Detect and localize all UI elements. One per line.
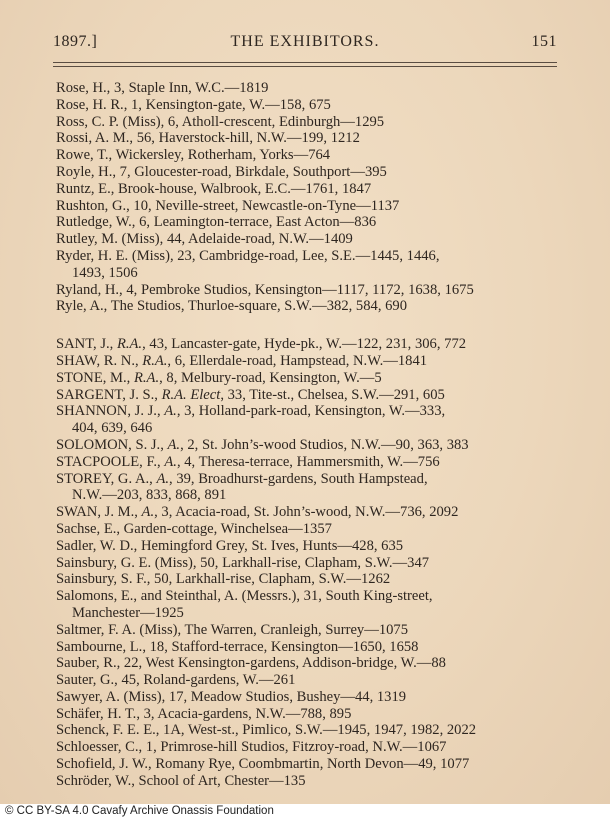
exhibitor-entry: Sauber, R., 22, West Kensington-gardens,… (56, 655, 556, 672)
exhibitor-entry: Schäfer, H. T., 3, Acacia-gardens, N.W.—… (56, 706, 556, 723)
exhibitor-entry: Royle, H., 7, Gloucester-road, Birkdale,… (56, 164, 556, 181)
entry-rank: A. (168, 437, 181, 453)
entry-line: , 3, Acacia-road, St. John’s-wood, N.W.—… (154, 504, 458, 520)
entry-continuation: N.W.—203, 833, 868, 891 (56, 487, 556, 504)
license-caption: © CC BY-SA 4.0 Cavafy Archive Onassis Fo… (5, 805, 274, 817)
exhibitor-entry: Rutledge, W., 6, Leamington-terrace, Eas… (56, 214, 556, 231)
exhibitor-entry: Ryle, A., The Studios, Thurloe-square, S… (56, 298, 556, 315)
academician-entry: SHANNON, J. J., A., 3, Holland-park-road… (56, 403, 556, 437)
entry-line: , 3, Holland-park-road, Kensington, W.—3… (177, 403, 445, 419)
entry-line: , 6, Ellerdale-road, Hampstead, N.W.—184… (167, 353, 427, 369)
exhibitor-entry: Rutley, M. (Miss), 44, Adelaide-road, N.… (56, 231, 556, 248)
entry-name: SHANNON, J. J., (56, 403, 164, 419)
exhibitor-entry: Rowe, T., Wickersley, Rotherham, Yorks—7… (56, 147, 556, 164)
academician-entry: SOLOMON, S. J., A., 2, St. John’s-wood S… (56, 437, 556, 454)
header-rule-bottom (53, 66, 557, 67)
entry-line: , 2, St. John’s-wood Studios, N.W.—90, 3… (180, 437, 469, 453)
entry-line: Ryder, H. E. (Miss), 23, Cambridge-road,… (56, 248, 439, 264)
exhibitor-entry: Schröder, W., School of Art, Chester—135 (56, 773, 556, 790)
entry-line: , 43, Lancaster-gate, Hyde-pk., W.—122, … (142, 336, 466, 352)
exhibitor-entry: Sauter, G., 45, Roland-gardens, W.—261 (56, 672, 556, 689)
entry-rank: A. (156, 471, 169, 487)
entry-rank: A. (164, 454, 177, 470)
entry-name: SANT, J., (56, 336, 117, 352)
exhibitor-entry: Rose, H. R., 1, Kensington-gate, W.—158,… (56, 97, 556, 114)
running-head: 1897.] THE EXHIBITORS. 151 (53, 33, 557, 57)
scanned-page: 1897.] THE EXHIBITORS. 151 Rose, H., 3, … (0, 0, 610, 804)
academician-entry: SWAN, J. M., A., 3, Acacia-road, St. Joh… (56, 504, 556, 521)
entry-rank: R.A. (142, 353, 167, 369)
entry-continuation: 1493, 1506 (56, 265, 556, 282)
academician-entry: STOREY, G. A., A., 39, Broadhurst-garden… (56, 471, 556, 505)
academician-entry: SARGENT, J. S., R.A. Elect, 33, Tite-st.… (56, 387, 556, 404)
entry-name: STOREY, G. A., (56, 471, 156, 487)
exhibitor-entry: Rushton, G., 10, Neville-street, Newcast… (56, 198, 556, 215)
entry-name: STONE, M., (56, 370, 134, 386)
exhibitor-entry: Sambourne, L., 18, Stafford-terrace, Ken… (56, 639, 556, 656)
page-number: 151 (532, 33, 558, 51)
exhibitor-entry: Sadler, W. D., Hemingford Grey, St. Ives… (56, 538, 556, 555)
entry-rank: A. (164, 403, 177, 419)
exhibitor-list: Rose, H., 3, Staple Inn, W.C.—1819 Rose,… (56, 80, 556, 790)
entry-line: , 39, Broadhurst-gardens, South Hampstea… (169, 471, 428, 487)
exhibitor-entry: Ryder, H. E. (Miss), 23, Cambridge-road,… (56, 248, 556, 282)
section-gap (56, 315, 556, 336)
entry-continuation: Manchester—1925 (56, 605, 556, 622)
exhibitor-entry: Runtz, E., Brook-house, Walbrook, E.C.—1… (56, 181, 556, 198)
entry-line: , 4, Theresa-terrace, Hammersmith, W.—75… (177, 454, 440, 470)
exhibitor-entry: Ryland, H., 4, Pembroke Studios, Kensing… (56, 282, 556, 299)
exhibitor-entry: Sachse, E., Garden-cottage, Winchelsea—1… (56, 521, 556, 538)
entry-rank: R.A. (117, 336, 142, 352)
entry-name: SARGENT, J. S., (56, 387, 162, 403)
entry-rank: R.A. (134, 370, 159, 386)
exhibitor-entry: Sainsbury, S. F., 50, Larkhall-rise, Cla… (56, 571, 556, 588)
entry-name: SWAN, J. M., (56, 504, 142, 520)
entry-rank: R.A. Elect (162, 387, 221, 403)
exhibitor-entry: Salomons, E., and Steinthal, A. (Messrs.… (56, 588, 556, 622)
entry-line: , 33, Tite-st., Chelsea, S.W.—291, 605 (220, 387, 444, 403)
exhibitor-entry: Rose, H., 3, Staple Inn, W.C.—1819 (56, 80, 556, 97)
exhibitor-entry: Sainsbury, G. E. (Miss), 50, Larkhall-ri… (56, 555, 556, 572)
exhibitor-entry: Schofield, J. W., Romany Rye, Coombmarti… (56, 756, 556, 773)
entry-rank: A. (142, 504, 155, 520)
academician-entry: SHAW, R. N., R.A., 6, Ellerdale-road, Ha… (56, 353, 556, 370)
entry-name: SOLOMON, S. J., (56, 437, 168, 453)
entry-name: SHAW, R. N., (56, 353, 142, 369)
entry-name: STACPOOLE, F., (56, 454, 164, 470)
page-title: THE EXHIBITORS. (53, 33, 557, 51)
academician-entry: SANT, J., R.A., 43, Lancaster-gate, Hyde… (56, 336, 556, 353)
header-rule-top (53, 62, 557, 63)
academician-entry: STACPOOLE, F., A., 4, Theresa-terrace, H… (56, 454, 556, 471)
exhibitor-entry: Ross, C. P. (Miss), 6, Atholl-crescent, … (56, 114, 556, 131)
exhibitor-entry: Schloesser, C., 1, Primrose-hill Studios… (56, 739, 556, 756)
exhibitor-entry: Saltmer, F. A. (Miss), The Warren, Cranl… (56, 622, 556, 639)
academician-entry: STONE, M., R.A., 8, Melbury-road, Kensin… (56, 370, 556, 387)
entry-line: Salomons, E., and Steinthal, A. (Messrs.… (56, 588, 433, 604)
entry-continuation: 404, 639, 646 (56, 420, 556, 437)
exhibitor-entry: Schenck, F. E. E., 1A, West-st., Pimlico… (56, 722, 556, 739)
exhibitor-entry: Rossi, A. M., 56, Haverstock-hill, N.W.—… (56, 130, 556, 147)
exhibitor-entry: Sawyer, A. (Miss), 17, Meadow Studios, B… (56, 689, 556, 706)
entry-line: , 8, Melbury-road, Kensington, W.—5 (159, 370, 382, 386)
